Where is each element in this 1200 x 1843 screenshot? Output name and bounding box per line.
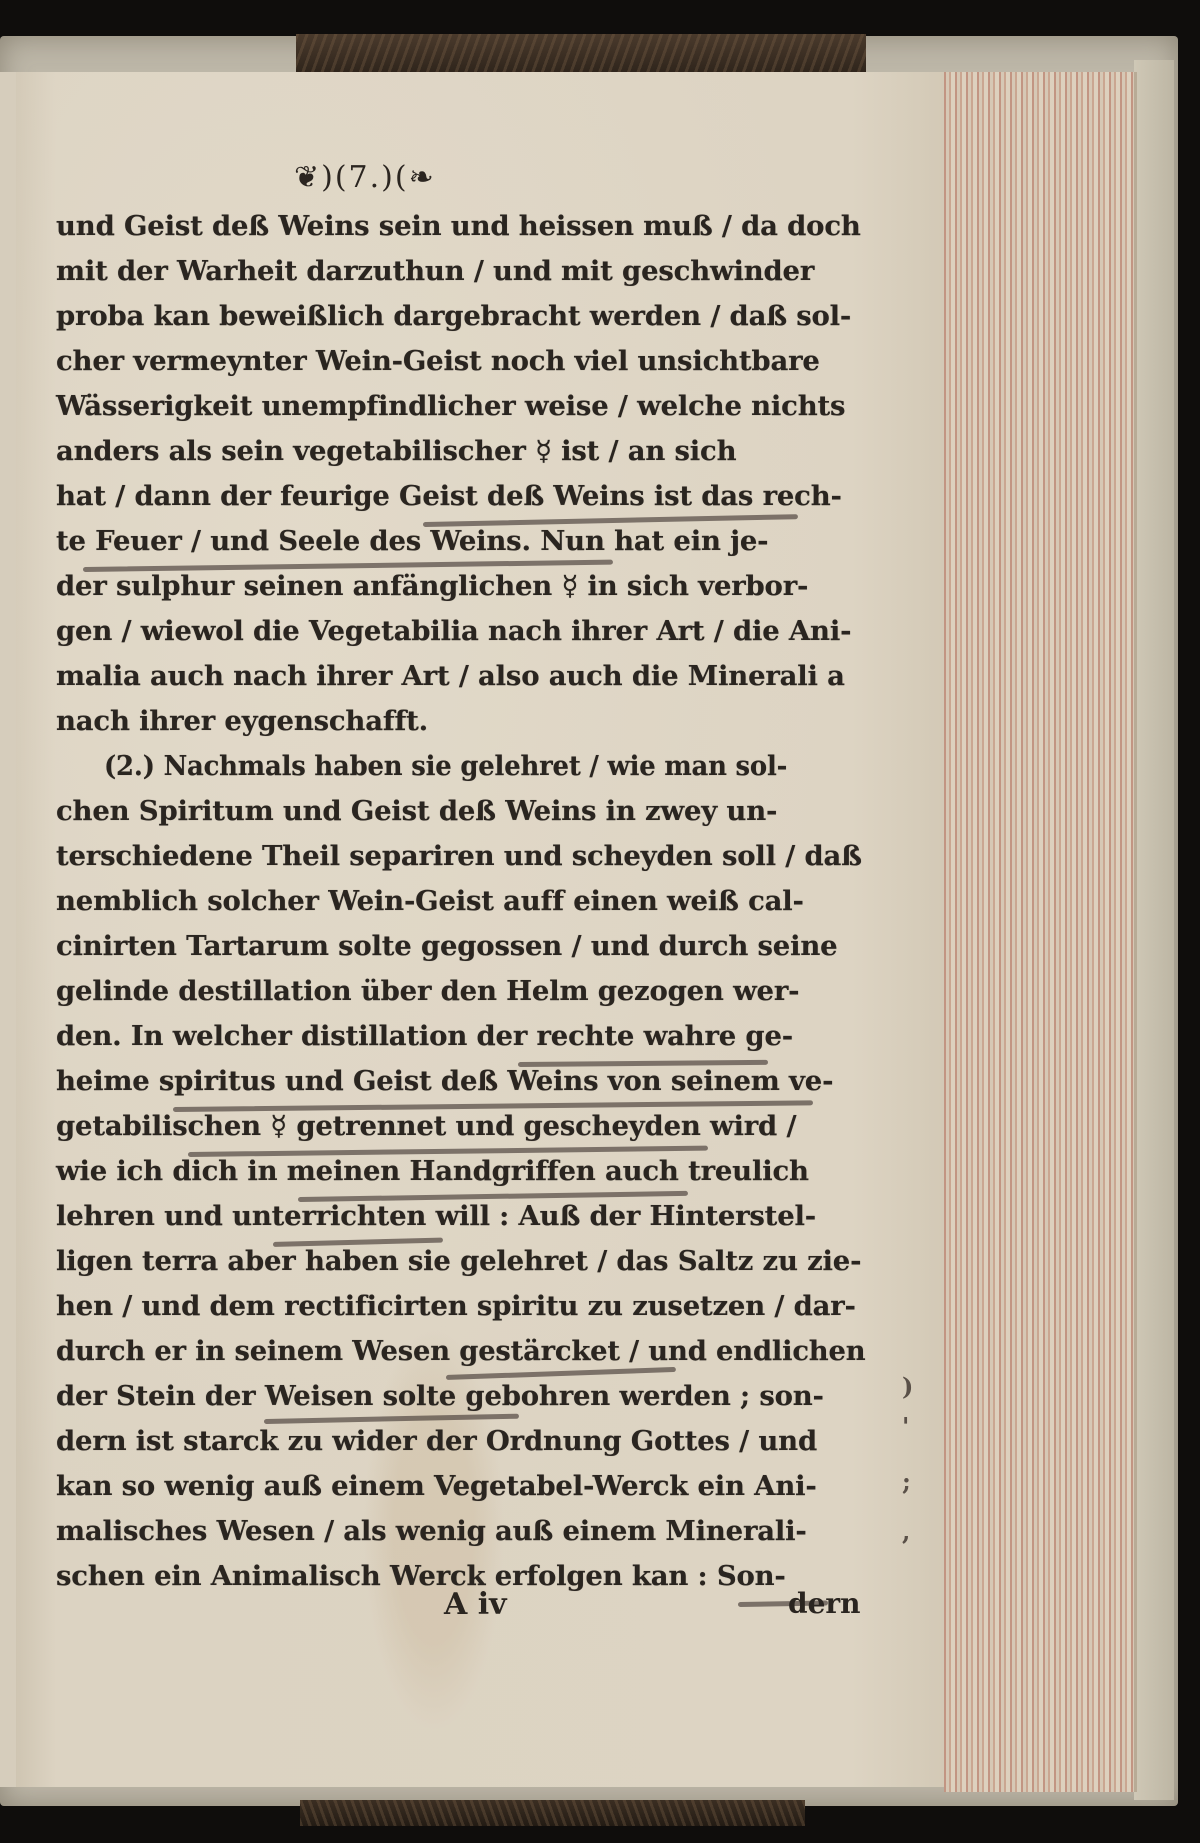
text-line: getabilischen ☿ getrennet und gescheyden… (56, 1110, 866, 1142)
text-line: cinirten Tartarum solte gegossen / und d… (56, 930, 866, 962)
running-header: ❦)(7.)(❧ (294, 160, 436, 195)
text-line: ligen terra aber haben sie gelehret / da… (56, 1245, 866, 1277)
margin-ink-mark: ; (902, 1467, 911, 1496)
spine-leather-bottom (300, 1800, 805, 1826)
text-line: dern ist starck zu wider der Ordnung Got… (56, 1425, 866, 1457)
text-line: cher vermeynter Wein-Geist noch viel uns… (56, 345, 866, 377)
text-line: malia auch nach ihrer Art / also auch di… (56, 660, 866, 692)
text-line: malisches Wesen / als wenig auß einem Mi… (56, 1515, 866, 1547)
text-line: mit der Warheit darzuthun / und mit gesc… (56, 255, 866, 287)
text-line: terschiedene Theil separiren und scheyde… (56, 840, 866, 872)
text-line: nemblich solcher Wein-Geist auff einen w… (56, 885, 866, 917)
text-line: kan so wenig auß einem Vegetabel-Werck e… (56, 1470, 866, 1502)
text-line: gelinde destillation über den Helm gezog… (56, 975, 866, 1007)
text-line: lehren und unterrichten will : Auß der H… (56, 1200, 866, 1232)
text-line: der Stein der Weisen solte gebohren werd… (56, 1380, 866, 1412)
text-line: hat / dann der feurige Geist deß Weins i… (56, 480, 866, 512)
text-line: proba kan beweißlich dargebracht werden … (56, 300, 866, 332)
margin-ink-mark: , (902, 1517, 910, 1546)
text-line: hen / und dem rectificirten spiritu zu z… (56, 1290, 866, 1322)
text-line: te Feuer / und Seele des Weins. Nun hat … (56, 525, 866, 557)
text-line: und Geist deß Weins sein und heissen muß… (56, 210, 866, 242)
text-line: durch er in seinem Wesen gestärcket / un… (56, 1335, 863, 1367)
text-line: nach ihrer eygenschafft. (56, 705, 866, 737)
margin-ink-mark: ' (902, 1412, 909, 1441)
text-line: heime spiritus und Geist deß Weins von s… (56, 1065, 866, 1097)
spine-leather-top (296, 34, 866, 74)
page-block-fore-edge (944, 72, 1137, 1792)
signature-mark: A iv (444, 1587, 507, 1622)
text-line: gen / wiewol die Vegetabilia nach ihrer … (56, 615, 866, 647)
pen-underline (446, 1367, 676, 1380)
text-line: wie ich dich in meinen Handgriffen auch … (56, 1155, 866, 1187)
text-line-paragraph-start: (2.) Nachmals haben sie gelehret / wie m… (104, 750, 866, 782)
text-line: der sulphur seinen anfänglichen ☿ in sic… (56, 570, 866, 602)
margin-ink-mark: ) (902, 1372, 913, 1401)
cover-edge (1134, 60, 1174, 1800)
text-line: den. In welcher distillation der rechte … (56, 1020, 866, 1052)
text-line: chen Spiritum und Geist deß Weins in zwe… (56, 795, 866, 827)
text-line: anders als sein vegetabilischer ☿ ist / … (56, 435, 866, 467)
pen-underline (264, 1414, 519, 1424)
catchword: dern (788, 1587, 861, 1620)
text-line: Wässerigkeit unempfindlicher weise / wel… (56, 390, 866, 422)
book-page: ❦)(7.)(❧ und Geist deß Weins sein und he… (16, 72, 944, 1787)
